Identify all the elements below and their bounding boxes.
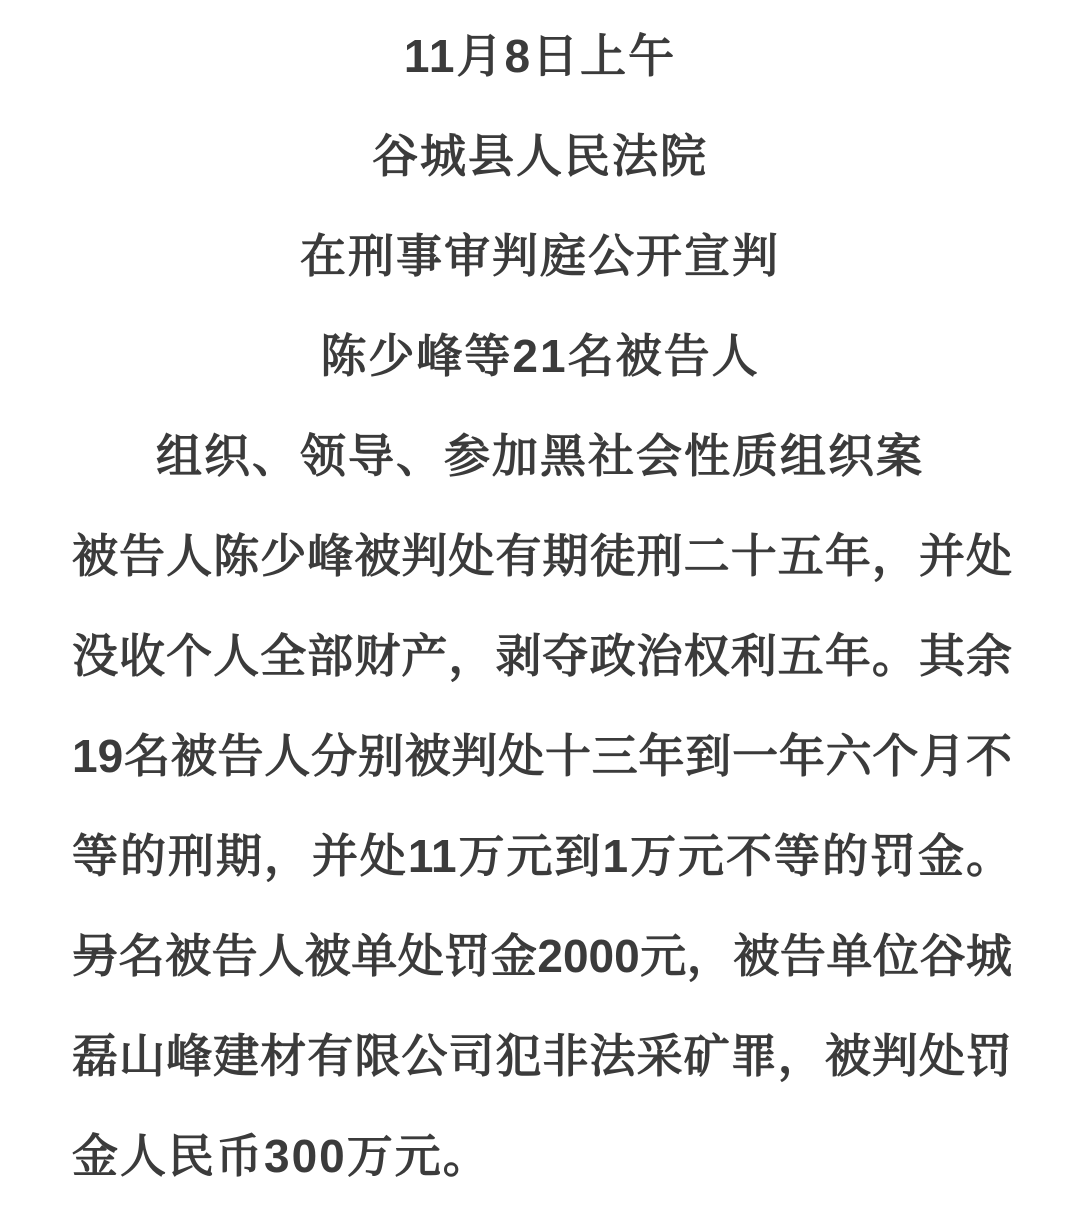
body-line-4: 等的刑期，并处11万元到1万元不等的罚金。另 — [72, 806, 1012, 906]
body-line-7: 金人民币300万元。 — [72, 1106, 1012, 1205]
court-verdict-announcement: 11月8日上午 谷城县人民法院 在刑事审判庭公开宣判 陈少峰等21名被告人 组织… — [0, 0, 1080, 1205]
header-line-defendants: 陈少峰等21名被告人 — [0, 306, 1080, 406]
header-line-court-name: 谷城县人民法院 — [0, 106, 1080, 206]
header-line-venue: 在刑事审判庭公开宣判 — [0, 206, 1080, 306]
body-line-3: 19名被告人分别被判处十三年到一年六个月不 — [72, 706, 1012, 806]
body-line-5: 一名被告人被单处罚金2000元，被告单位谷城 — [72, 906, 1012, 1006]
body-line-1: 被告人陈少峰被判处有期徒刑二十五年，并处 — [72, 506, 1012, 606]
header-line-date: 11月8日上午 — [0, 6, 1080, 106]
header-line-case-title: 组织、领导、参加黑社会性质组织案 — [0, 406, 1080, 506]
body-line-6: 磊山峰建材有限公司犯非法采矿罪，被判处罚 — [72, 1006, 1012, 1106]
body-line-2: 没收个人全部财产，剥夺政治权利五年。其余 — [72, 606, 1012, 706]
